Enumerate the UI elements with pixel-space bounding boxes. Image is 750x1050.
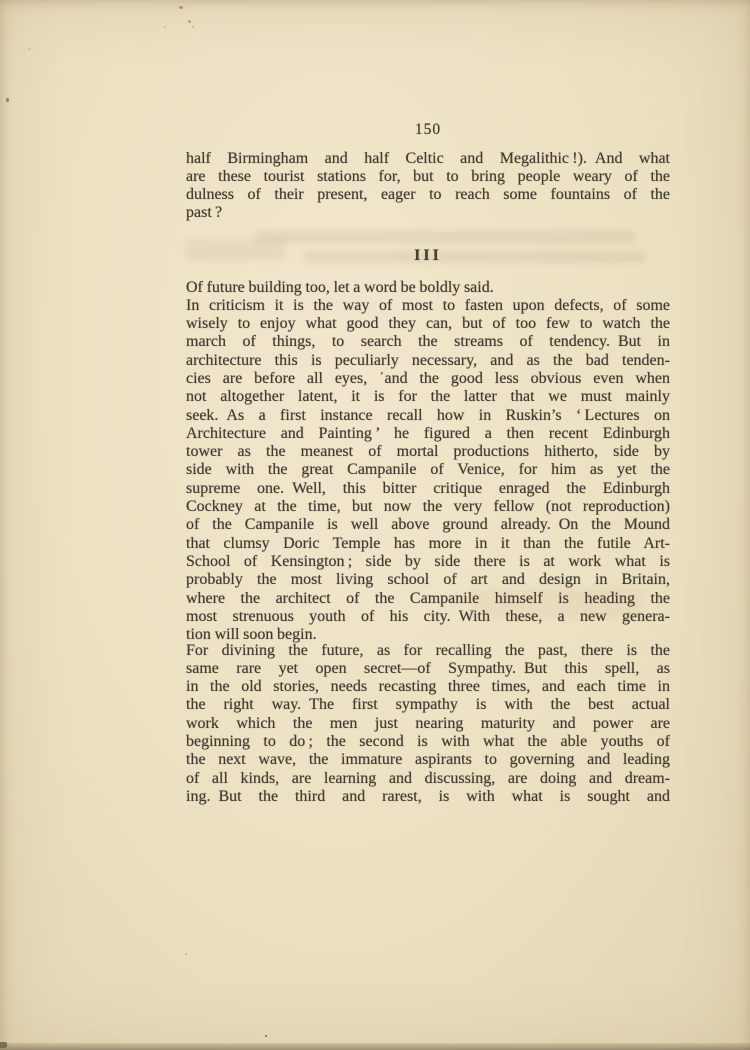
text-line: dulness of their present, eager to reach… [186, 186, 670, 204]
text-line: architecture this is peculiarly necessar… [186, 352, 670, 370]
text-line: of all kinds, are learning and discussin… [186, 770, 670, 788]
text-line: Cockney at the time, but now the very fe… [186, 498, 670, 516]
text-line: past ? [186, 204, 670, 222]
foxing-speck [188, 20, 191, 23]
paragraph: half Birmingham and half Celtic and Mega… [186, 150, 670, 223]
text-line: where the architect of the Campanile him… [186, 590, 670, 608]
text-line: supreme one. Well, this bitter critique … [186, 480, 670, 498]
text-line: of the Campanile is well above ground al… [186, 516, 670, 534]
text-line: wisely to enjoy what good they can, but … [186, 315, 670, 333]
foxing-speck [185, 953, 187, 955]
paragraph: In criticism it is the way of most to fa… [186, 297, 670, 645]
text-line: seek. As a first instance recall how in … [186, 407, 670, 425]
text-line: School of Kensington ; side by side ther… [186, 553, 670, 571]
foxing-speck [164, 26, 166, 28]
foxing-speck [192, 26, 194, 28]
text-line: march of things, to search the streams o… [186, 333, 670, 351]
text-line: tower as the meanest of mortal productio… [186, 443, 670, 461]
text-line: most strenuous youth of his city. With t… [186, 608, 670, 626]
text-line: probably the most living school of art a… [186, 571, 670, 589]
text-line: side with the great Campanile of Venice,… [186, 461, 670, 479]
text-line: the next wave, the immature aspirants to… [186, 751, 670, 769]
page-corner-notch [0, 1042, 7, 1048]
scanned-book-page: 150 III half Birmingham and half Celtic … [0, 0, 750, 1050]
paragraph: Of future building too, let a word be bo… [186, 279, 670, 297]
foxing-speck [265, 1035, 267, 1037]
text-line: beginning to do ; the second is with wha… [186, 733, 670, 751]
text-line: not altogether latent, it is for the lat… [186, 388, 670, 406]
text-line: ing. But the third and rarest, is with w… [186, 788, 670, 806]
text-line: work which the men just nearing maturity… [186, 715, 670, 733]
text-line: For divining the future, as for recallin… [186, 642, 670, 660]
text-line: same rare yet open secret—of Sympathy. B… [186, 660, 670, 678]
page-bottom-edge [0, 1043, 750, 1050]
text-line: are these tourist stations for, but to b… [186, 168, 670, 186]
show-through-ghost-text [255, 231, 635, 243]
page-number: 150 [186, 121, 670, 139]
foxing-speck [28, 48, 31, 50]
section-heading: III [186, 247, 670, 265]
foxing-speck [6, 98, 9, 102]
text-line: in the old stories, needs recasting thre… [186, 678, 670, 696]
text-line: cies are before all eyes, ˈand the good … [186, 370, 670, 388]
text-line: Architecture and Painting ’ he figured a… [186, 425, 670, 443]
text-line: Of future building too, let a word be bo… [186, 279, 670, 297]
foxing-speck [179, 6, 183, 9]
text-line: the right way. The first sympathy is wit… [186, 696, 670, 714]
paragraph: For divining the future, as for recallin… [186, 642, 670, 807]
text-line: half Birmingham and half Celtic and Mega… [186, 150, 670, 168]
text-line: that clumsy Doric Temple has more in it … [186, 535, 670, 553]
text-line: In criticism it is the way of most to fa… [186, 297, 670, 315]
